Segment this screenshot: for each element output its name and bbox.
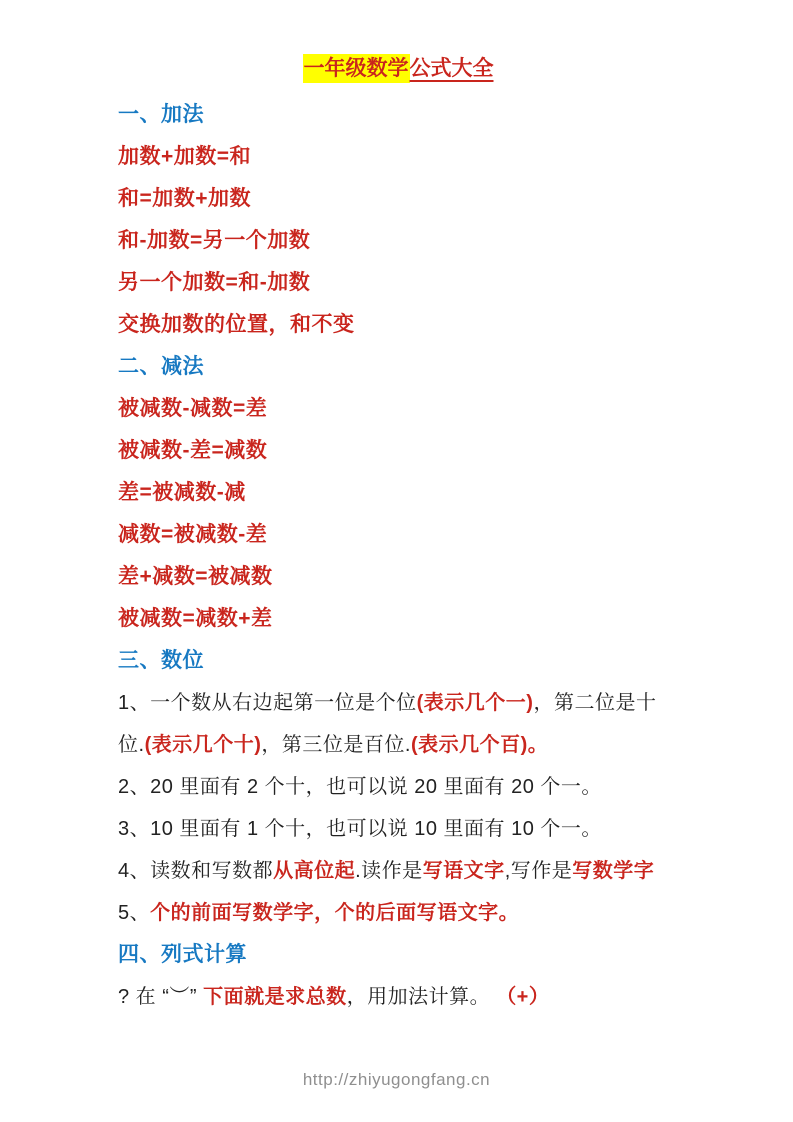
emphasis-text: (表示几个一)	[417, 692, 534, 714]
plain-text: 1、一个数从右边起第一位是个位	[118, 692, 417, 714]
section-heading-subtraction: 二、减法	[118, 346, 678, 388]
text-line: 1、一个数从右边起第一位是个位(表示几个一)，第二位是十位.(表示几个十)，第三…	[118, 682, 678, 766]
emphasis-text: 写数学字	[572, 860, 654, 882]
page-title: 一年级数学公式大全	[118, 52, 678, 86]
emphasis-text: 下面就是求总数	[203, 986, 347, 1008]
formula-line: 差=被减数-减	[118, 472, 678, 514]
title-underlined-text: 公式大全	[410, 57, 494, 80]
plain-text: 2、20 里面有 2 个十，也可以说 20 里面有 20 个一。	[118, 776, 602, 798]
text-line: ? 在 “︶” 下面就是求总数，用加法计算。 （+）	[118, 976, 678, 1018]
emphasis-text: (表示几个十)	[145, 734, 262, 756]
emphasis-text: 从高位起	[273, 860, 355, 882]
emphasis-text: (表示几个百)。	[411, 734, 548, 756]
plain-text: 4、读数和写数都	[118, 860, 273, 882]
text-line: 2、20 里面有 2 个十，也可以说 20 里面有 20 个一。	[118, 766, 678, 808]
plain-text: ,写作是	[505, 860, 573, 882]
formula-line: 差+减数=被减数	[118, 556, 678, 598]
section-heading-column-calculation: 四、列式计算	[118, 934, 678, 976]
formula-line: 和=加数+加数	[118, 178, 678, 220]
plain-text: 3、10 里面有 1 个十，也可以说 10 里面有 10 个一。	[118, 818, 602, 840]
emphasis-text: 写语文字	[423, 860, 505, 882]
plain-text: ，第三位是百位.	[261, 734, 411, 756]
plain-text: 5、	[118, 902, 150, 924]
formula-line: 加数+加数=和	[118, 136, 678, 178]
section-heading-number-places: 三、数位	[118, 640, 678, 682]
text-line: 4、读数和写数都从高位起.读作是写语文字,写作是写数学字	[118, 850, 678, 892]
formula-line: 减数=被减数-差	[118, 514, 678, 556]
title-highlighted-text: 一年级数学	[303, 54, 410, 83]
plain-text: ? 在 “︶”	[118, 986, 203, 1008]
text-line: 5、个的前面写数学字，个的后面写语文字。	[118, 892, 678, 934]
formula-line: 交换加数的位置，和不变	[118, 304, 678, 346]
plain-text: .读作是	[355, 860, 423, 882]
formula-line: 被减数-减数=差	[118, 388, 678, 430]
formula-line: 和-加数=另一个加数	[118, 220, 678, 262]
emphasis-text: 个的前面写数学字，个的后面写语文字。	[150, 902, 519, 924]
document-content: 一、加法加数+加数=和和=加数+加数和-加数=另一个加数另一个加数=和-加数交换…	[118, 94, 678, 1018]
section-heading-addition: 一、加法	[118, 94, 678, 136]
plain-text: ，用加法计算。	[347, 986, 497, 1008]
document-page: 一年级数学公式大全 一、加法加数+加数=和和=加数+加数和-加数=另一个加数另一…	[0, 0, 793, 1122]
formula-line: 被减数=减数+差	[118, 598, 678, 640]
emphasis-text: （+）	[496, 986, 549, 1008]
text-line: 3、10 里面有 1 个十，也可以说 10 里面有 10 个一。	[118, 808, 678, 850]
footer-url: http://zhiyugongfang.cn	[0, 1070, 793, 1090]
formula-line: 另一个加数=和-加数	[118, 262, 678, 304]
formula-line: 被减数-差=减数	[118, 430, 678, 472]
